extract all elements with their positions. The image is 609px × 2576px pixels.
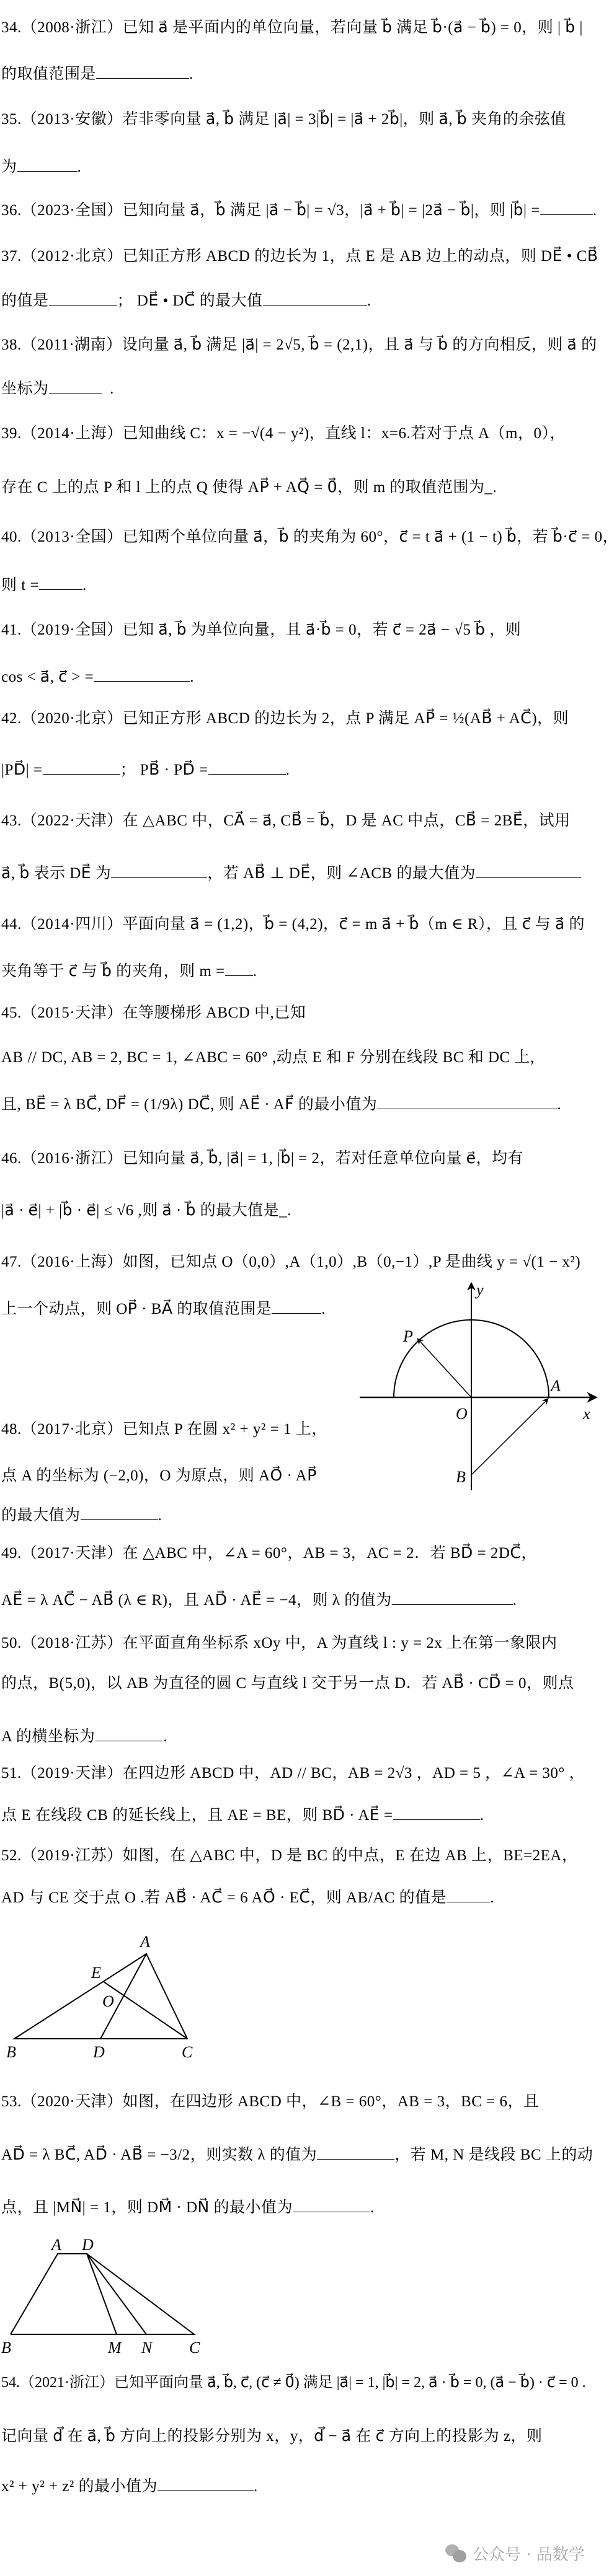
problem-54-text: x² + y² + z² 的最小值为 (1, 2478, 158, 2495)
period: . (110, 380, 114, 397)
problem-42-text: |PD⃗| = (1, 762, 43, 778)
problem-45-text: 且, BE⃗ = λ BC⃗, DF⃗ = (1/9λ) DC⃗, 则 AE⃗ … (1, 1096, 377, 1113)
answer-blank[interactable] (96, 63, 189, 79)
period: . (513, 1592, 517, 1609)
label-A: A (139, 1933, 150, 1951)
period: . (370, 2199, 375, 2216)
problem-52-line-2: AD 与 CE 交于点 O .若 AB⃗ · AC⃗ = 6 AO⃗ · EC⃗… (1, 1887, 494, 1909)
problem-53-text-2: ，若 M, N 是线段 BC 上的动 (394, 2147, 593, 2163)
problem-53-line-2: AD⃗ = λ BC⃗, AD⃗ · AB⃗ = −3/2，则实数 λ 的值为，… (1, 2144, 593, 2166)
label-P: P (402, 1327, 413, 1345)
problem-54-line-1: 54.（2021·浙江）已知平面向量 a⃗, b⃗, c⃗, (c⃗ ≠ 0⃗)… (1, 2372, 586, 2393)
problem-47-line-1: 47.（2016·上海）如图，已知点 O（0,0）,A（1,0）,B（0,−1）… (1, 1252, 580, 1273)
period: . (593, 202, 597, 219)
triangle-diagram: A E O B D C (0, 1933, 205, 2064)
problem-47-text: 上一个动点，则 OP⃗ · BA⃗ 的取值范围是 (1, 1301, 272, 1317)
problem-39-line-1: 39.（2014·上海）已知曲线 C：x = −√(4 − y²)，直线 l：x… (1, 423, 566, 444)
label-B: B (6, 2043, 16, 2061)
label-M: M (107, 2339, 122, 2357)
problem-44-line-1: 44.（2014·四川）平面向量 a⃗ = (1,2)，b⃗ = (4,2)，c… (1, 914, 585, 935)
problem-50-line-2: 的点，B(5,0)，以 AB 为直径的圆 C 与直线 l 交于另一点 D．若 A… (1, 1673, 574, 1694)
period: . (557, 1096, 561, 1113)
problem-43-text: a⃗, b⃗ 表示 DE⃗ 为 (1, 865, 111, 882)
answer-blank[interactable] (81, 1505, 158, 1520)
answer-blank[interactable] (476, 863, 581, 878)
answer-blank[interactable] (317, 2144, 394, 2160)
answer-blank[interactable] (49, 290, 117, 306)
problem-41-line-2: cos < a⃗, c⃗ > =. (1, 666, 194, 688)
label-B: B (1, 2339, 11, 2357)
figure-47-semicircle: P O A B x y (353, 1277, 602, 1500)
problem-37-text: 的值是 (1, 292, 49, 309)
problem-43-text-2: ，若 AB⃗ ⊥ DE⃗，则 ∠ACB 的最大值为 (207, 865, 476, 882)
answer-blank[interactable] (393, 1805, 480, 1820)
answer-blank[interactable] (377, 1094, 557, 1109)
problem-54-line-3: x² + y² + z² 的最小值为. (1, 2476, 258, 2497)
problem-39-tail: _. (484, 479, 497, 496)
problem-35-line-1: 35.（2013·安徽）若非零向量 a⃗, b⃗ 满足 |a⃗| = 3|b⃗|… (1, 109, 566, 130)
period: . (158, 1507, 162, 1524)
problem-51-line-1: 51.（2019·天津）在四边形 ABCD 中，AD // BC，AB = 2√… (1, 1763, 585, 1784)
label-D: D (81, 2236, 94, 2254)
answer-blank[interactable] (263, 290, 367, 306)
problem-35-line-2: 为. (1, 156, 81, 178)
problem-36-line-1: 36.（2023·全国）已知向量 a⃗，b⃗ 满足 |a⃗ − b⃗| = √3… (1, 200, 597, 221)
problem-53-text: AD⃗ = λ BC⃗, AD⃗ · AB⃗ = −3/2，则实数 λ 的值为 (1, 2147, 317, 2163)
problem-46-line-1: 46.（2016·浙江）已知向量 a⃗, b⃗, |a⃗| = 1, |b⃗| … (1, 1148, 523, 1169)
answer-blank[interactable] (208, 759, 286, 775)
problem-48-line-3: 的最大值为. (1, 1505, 162, 1526)
period: . (253, 963, 257, 980)
label-B: B (456, 1468, 466, 1486)
label-E: E (91, 1964, 101, 1982)
label-N: N (141, 2339, 153, 2357)
problem-37-line-2: 的值是； DE⃗ • DC⃗ 的最大值. (1, 290, 371, 312)
problem-45-line-2: AB // DC, AB = 2, BC = 1, ∠ABC = 60° ,动点… (1, 1047, 535, 1068)
period: . (490, 1889, 494, 1906)
answer-blank[interactable] (49, 378, 102, 393)
problem-35-text: 为 (1, 159, 17, 175)
period: . (190, 669, 194, 685)
problem-49-line-1: 49.（2017·天津）在 △ABC 中，∠A = 60°，AB = 3，AC … (1, 1543, 537, 1564)
answer-blank[interactable] (447, 1887, 490, 1902)
problem-34-line-2: 的取值范围是. (1, 63, 193, 85)
label-O: O (456, 1405, 468, 1423)
problem-51-line-2: 点 E 在线段 CB 的延长线上，且 AE = BE，则 BD⃗ · AE⃗ =… (1, 1805, 484, 1826)
watermark: 公众号 · 品数学 (445, 2541, 585, 2565)
problem-44-text: 夹角等于 c⃗ 与 b⃗ 的夹角，则 m = (1, 963, 225, 980)
label-y: y (474, 1281, 484, 1299)
figure-52-triangle: A E O B D C (0, 1933, 205, 2064)
problem-37-line-1: 37.（2012·北京）已知正方形 ABCD 的边长为 1，点 E 是 AB 边… (1, 246, 598, 267)
problem-36-text: 36.（2023·全国）已知向量 a⃗，b⃗ 满足 |a⃗ − b⃗| = √3… (1, 202, 540, 219)
problem-43-line-1: 43.（2022·天津）在 △ABC 中，CA⃗ = a⃗, CB⃗ = b⃗，… (1, 811, 571, 832)
answer-blank[interactable] (39, 574, 82, 590)
problem-48-line-1: 48.（2017·北京）已知点 P 在圆 x² + y² = 1 上， (1, 1419, 327, 1440)
period: . (189, 66, 193, 82)
problem-48-line-2: 点 A 的坐标为 (−2,0)，O 为原点，则 AO⃗ · AP⃗ (1, 1466, 317, 1487)
problem-53-line-1: 53.（2020·天津）如图，在四边形 ABCD 中，∠B = 60°，AB =… (1, 2091, 540, 2112)
answer-blank[interactable] (94, 666, 190, 682)
answer-blank[interactable] (43, 759, 120, 775)
answer-blank[interactable] (540, 200, 593, 215)
problem-50-line-1: 50.（2018·江苏）在平面直角坐标系 xOy 中，A 为直线 l : y =… (1, 1633, 558, 1654)
problem-39-line-2: 存在 C 上的点 P 和 l 上的点 Q 使得 AP⃗ + AQ⃗ = 0⃗，则… (1, 477, 497, 498)
problem-50-text: A 的横坐标为 (1, 1728, 95, 1745)
problem-54-line-2: 记向量 d⃗ 在 a⃗, b⃗ 方向上的投影分别为 x，y，d⃗ − a⃗ 在 … (1, 2426, 542, 2447)
problem-44-line-2: 夹角等于 c⃗ 与 b⃗ 的夹角，则 m =. (1, 961, 257, 982)
problem-40-text: 则 t = (1, 577, 39, 594)
period: . (163, 1728, 167, 1745)
problem-48-text: 的最大值为 (1, 1507, 81, 1524)
problem-52-text: AD 与 CE 交于点 O .若 AB⃗ · AC⃗ = 6 AO⃗ · EC⃗… (1, 1889, 447, 1906)
label-x: x (582, 1405, 590, 1423)
answer-blank[interactable] (158, 2476, 254, 2491)
problem-52-line-1: 52.（2019·江苏）如图，在 △ABC 中，D 是 BC 的中点，E 在边 … (1, 1845, 577, 1866)
semicircle-diagram: P O A B x y (353, 1277, 602, 1500)
problem-45-line-1: 45.（2015·天津）在等腰梯形 ABCD 中,已知 (1, 1003, 306, 1024)
problem-42-line-1: 42.（2020·北京）已知正方形 ABCD 的边长为 2，点 P 满足 AP⃗… (1, 708, 569, 729)
problem-41-line-1: 41.（2019·全国）已知 a⃗, b⃗ 为单位向量，且 a⃗·b⃗ = 0，… (1, 620, 521, 641)
problem-42-line-2: |PD⃗| =； PB⃗ · PD⃗ =. (1, 759, 290, 781)
period: . (321, 1301, 326, 1317)
problem-34-text: 的取值范围是 (1, 66, 96, 82)
label-C: C (182, 2043, 193, 2061)
problem-45-line-3: 且, BE⃗ = λ BC⃗, DF⃗ = (1/9λ) DC⃗, 则 AE⃗ … (1, 1094, 561, 1115)
period: . (78, 159, 82, 175)
label-A: A (549, 1377, 561, 1395)
watermark-text: 公众号 · 品数学 (473, 2542, 585, 2565)
problem-42-text-2: ； PB⃗ · PD⃗ = (120, 762, 208, 778)
figure-53-trapezoid: A D B M N C (0, 2234, 205, 2358)
problem-37-text-2: ； DE⃗ • DC⃗ 的最大值 (117, 292, 263, 309)
problem-41-text: cos < a⃗, c⃗ > = (1, 669, 94, 685)
wechat-icon (445, 2543, 468, 2563)
period: . (82, 577, 87, 594)
problem-49-line-2: AE⃗ = λ AC⃗ − AB⃗ (λ ∈ R)，且 AD⃗ · AE⃗ = … (1, 1589, 517, 1611)
problem-46-text: |a⃗ · e⃗| + |b⃗ · e⃗| ≤ √6 ,则 a⃗ · b⃗ 的最… (1, 1202, 279, 1219)
label-A: A (50, 2236, 61, 2254)
answer-blank[interactable] (225, 961, 253, 976)
answer-blank[interactable] (95, 1726, 163, 1741)
problem-47-line-2: 上一个动点，则 OP⃗ · BA⃗ 的取值范围是. (1, 1298, 326, 1320)
problem-46-tail: _. (279, 1202, 291, 1219)
problem-34-line-1: 34.（2008·浙江）已知 a⃗ 是平面内的单位向量，若向量 b⃗ 满足 b⃗… (1, 17, 583, 38)
label-C: C (189, 2339, 200, 2357)
label-O: O (102, 1992, 114, 2010)
problem-50-line-3: A 的横坐标为. (1, 1726, 167, 1747)
problem-46-line-2: |a⃗ · e⃗| + |b⃗ · e⃗| ≤ √6 ,则 a⃗ · b⃗ 的最… (1, 1200, 291, 1221)
period: . (286, 762, 290, 778)
answer-blank[interactable] (293, 2197, 370, 2212)
answer-blank[interactable] (392, 1589, 513, 1605)
trapezoid-diagram: A D B M N C (0, 2234, 205, 2358)
answer-blank[interactable] (17, 156, 78, 172)
problem-51-text: 点 E 在线段 CB 的延长线上，且 AE = BE，则 BD⃗ · AE⃗ = (1, 1807, 393, 1824)
period: . (254, 2478, 258, 2495)
label-D: D (92, 2043, 105, 2061)
answer-blank[interactable] (272, 1298, 321, 1314)
problem-38-line-1: 38.（2011·湖南）设向量 a⃗, b⃗ 满足 |a⃗| = 2√5, b⃗… (1, 335, 597, 356)
problem-53-text-3: 点，且 |MN⃗| = 1，则 DM⃗ · DN⃗ 的最小值为 (1, 2199, 293, 2216)
problem-40-line-2: 则 t =. (1, 574, 87, 596)
problem-49-text: AE⃗ = λ AC⃗ − AB⃗ (λ ∈ R)，且 AD⃗ · AE⃗ = … (1, 1592, 392, 1609)
problem-43-line-2: a⃗, b⃗ 表示 DE⃗ 为，若 AB⃗ ⊥ DE⃗，则 ∠ACB 的最大值为 (1, 863, 581, 884)
problem-53-line-3: 点，且 |MN⃗| = 1，则 DM⃗ · DN⃗ 的最小值为. (1, 2197, 375, 2218)
problem-38-text: 坐标为 (1, 380, 49, 397)
problem-39-text: 存在 C 上的点 P 和 l 上的点 Q 使得 AP⃗ + AQ⃗ = 0⃗，则… (1, 479, 484, 496)
problem-38-line-2: 坐标为 . (1, 378, 114, 400)
period: . (480, 1807, 484, 1824)
answer-blank[interactable] (111, 863, 207, 878)
problem-40-line-1: 40.（2013·全国）已知两个单位向量 a⃗，b⃗ 的夹角为 60°，c⃗ =… (1, 527, 609, 548)
period: . (367, 292, 371, 309)
